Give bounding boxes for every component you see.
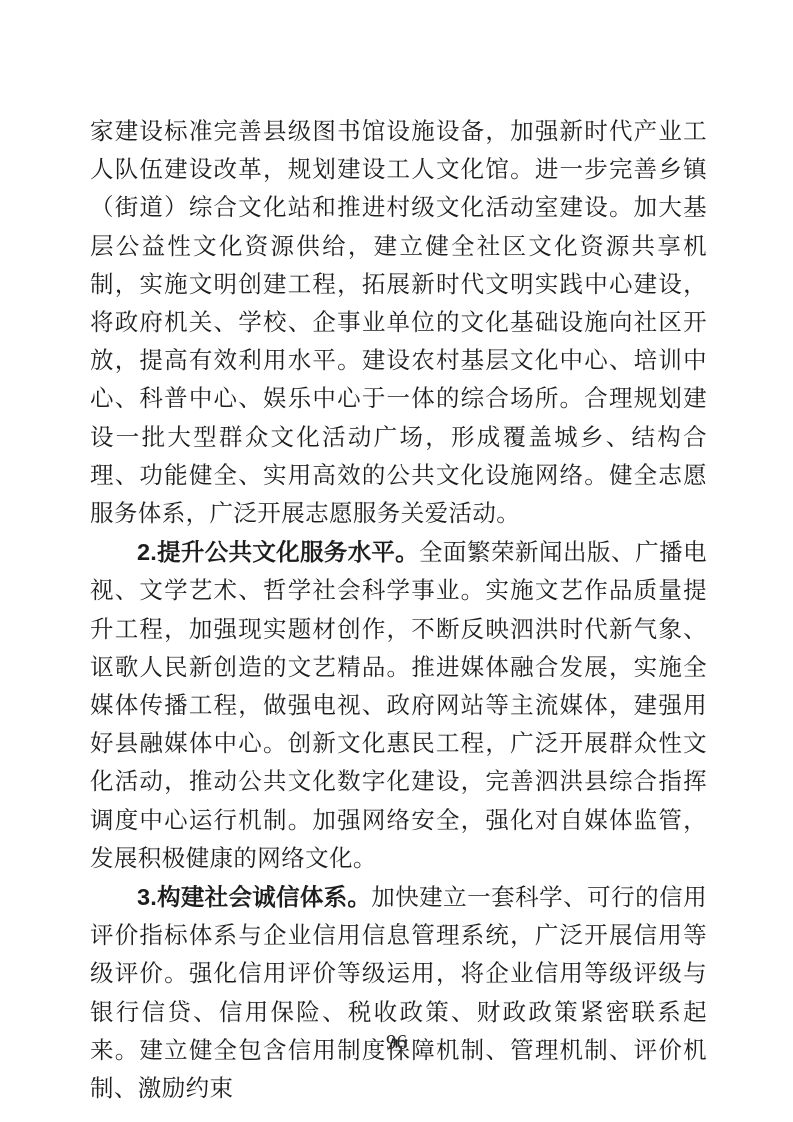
document-page: 家建设标准完善县级图书馆设施设备，加强新时代产业工人队伍建设改革，规划建设工人文…	[0, 0, 793, 1122]
paragraph-3: 3.构建社会诚信体系。加快建立一套科学、可行的信用评价指标体系与企业信用信息管理…	[90, 878, 707, 1108]
paragraph-2-lead: 2.提升公共文化服务水平。	[137, 539, 419, 565]
paragraph-2: 2.提升公共文化服务水平。全面繁荣新闻出版、广播电视、文学艺术、哲学社会科学事业…	[90, 533, 707, 878]
paragraph-2-text: 全面繁荣新闻出版、广播电视、文学艺术、哲学社会科学事业。实施文艺作品质量提升工程…	[90, 540, 707, 872]
paragraph-text: 家建设标准完善县级图书馆设施设备，加强新时代产业工人队伍建设改革，规划建设工人文…	[90, 119, 707, 527]
page-number: 96	[0, 1030, 793, 1055]
paragraph-3-lead: 3.构建社会诚信体系。	[137, 884, 371, 910]
page-content: 家建设标准完善县级图书馆设施设备，加强新时代产业工人队伍建设改革，规划建设工人文…	[90, 112, 707, 1108]
paragraph-3-text: 加快建立一套科学、可行的信用评价指标体系与企业信用信息管理系统，广泛开展信用等级…	[90, 885, 707, 1102]
paragraph-continuation: 家建设标准完善县级图书馆设施设备，加强新时代产业工人队伍建设改革，规划建设工人文…	[90, 112, 707, 533]
